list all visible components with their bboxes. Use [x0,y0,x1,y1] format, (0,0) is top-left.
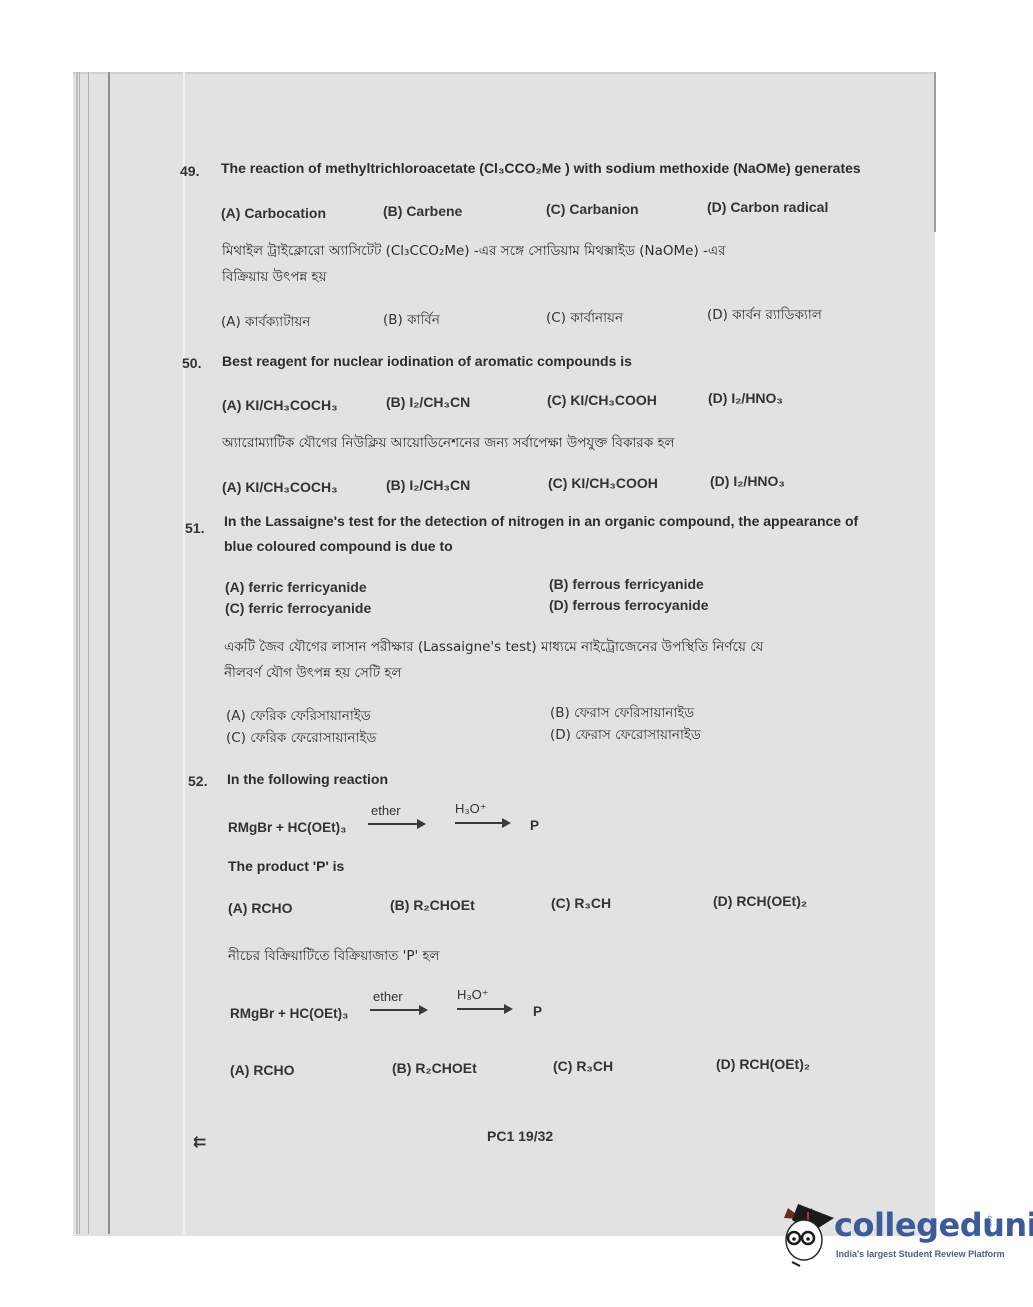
q52-option-b: (B) R₂CHOEt [390,897,475,913]
q52-option-c-bengali: (C) R₃CH [553,1058,613,1074]
collegedunia-watermark: collegedunia .com India's largest Studen… [778,1202,1008,1270]
mascot-icon [778,1202,834,1270]
q49-option-c: (C) Carbanion [546,201,639,217]
question-49-text: The reaction of methyltrichloroacetate (… [221,160,861,176]
brand-name: collegedunia [834,1206,1033,1244]
reaction-step1-label: ether [373,989,403,1004]
q51-option-a-bengali: (A) ফেরিক ফেরিসায়ানাইড [226,705,371,728]
q50-option-c: (C) KI/CH₃COOH [547,392,657,408]
binding-line [108,72,110,1234]
reaction-step2-label: H₃O⁺ [455,801,487,817]
q50-option-d-bengali: (D) I₂/HNO₃ [710,473,785,489]
question-51-number: 51. [185,520,204,536]
question-51-text-line2: blue coloured compound is due to [224,538,453,554]
q49-option-b-bengali: (B) কার্বিন [383,309,440,332]
q51-option-c-bengali: (C) ফেরিক ফেরোসায়ানাইড [226,727,376,750]
page-edge [934,72,936,232]
reaction-reactants: RMgBr + HC(OEt)₃ [228,820,346,835]
reaction-arrow-icon [457,1008,511,1010]
q49-option-d-bengali: (D) কার্বন র‍্যাডিক্যাল [707,304,822,327]
q49-option-d: (D) Carbon radical [707,199,828,215]
question-52-number: 52. [188,773,207,789]
q52-option-a-bengali: (A) RCHO [230,1062,295,1078]
q50-option-a: (A) KI/CH₃COCH₃ [222,397,338,413]
brand-domain-suffix: .com [986,1214,992,1227]
question-50-text-bengali: অ্যারোম্যাটিক যৌগের নিউক্লিয় আয়োডিনেশন… [222,432,675,455]
reaction-product: P [530,818,539,833]
binding-line [76,72,78,1234]
reaction-arrow-icon [368,823,424,825]
q50-option-b: (B) I₂/CH₃CN [386,394,470,410]
binding-line [183,72,185,1234]
reaction-reactants-bengali-section: RMgBr + HC(OEt)₃ [230,1006,348,1021]
q50-option-c-bengali: (C) KI/CH₃COOH [548,475,658,491]
q49-option-a-bengali: (A) কার্বক্যাটায়ন [221,311,311,334]
reaction-product: P [533,1004,542,1019]
question-49-text-bengali-line1: মিথাইল ট্রাইক্লোরো অ্যাসিটেট (Cl₃CCO₂Me)… [222,240,726,263]
q49-option-b: (B) Carbene [383,203,462,219]
question-51-text-line1: In the Lassaigne's test for the detectio… [224,513,858,529]
brand-tagline: India's largest Student Review Platform [836,1249,1005,1259]
reaction-step1-label: ether [371,803,401,818]
reaction-arrow-icon [370,1009,426,1011]
question-52-text: In the following reaction [227,771,388,787]
q49-option-a: (A) Carbocation [221,205,326,221]
question-51-text-bengali-line2: নীলবর্ণ যৌগ উৎপন্ন হয় সেটি হল [224,662,402,685]
reaction-step2-label: H₃O⁺ [457,987,489,1003]
question-52-text-bengali: নীচের বিক্রিয়াটিতে বিক্রিয়াজাত 'P' হল [228,945,440,968]
question-50-number: 50. [182,355,201,371]
question-49-text-bengali-line2: বিক্রিয়ায় উৎপন্ন হয় [222,266,327,289]
binding-line [79,72,80,1234]
q52-option-a: (A) RCHO [228,900,293,916]
q50-option-a-bengali: (A) KI/CH₃COCH₃ [222,479,338,495]
q49-option-c-bengali: (C) কার্বানায়ন [546,307,623,330]
q52-option-b-bengali: (B) R₂CHOEt [392,1060,477,1076]
q52-option-d: (D) RCH(OEt)₂ [713,893,807,909]
page-number: PC1 19/32 [487,1128,553,1144]
q51-option-b: (B) ferrous ferricyanide [549,576,704,592]
q51-option-d-bengali: (D) ফেরাস ফেরোসায়ানাইড [550,724,701,747]
q51-option-a: (A) ferric ferricyanide [225,579,367,595]
question-50-text: Best reagent for nuclear iodination of a… [222,353,632,369]
q52-option-c: (C) R₃CH [551,895,611,911]
q51-option-b-bengali: (B) ফেরাস ফেরিসায়ানাইড [550,702,694,725]
q51-option-d: (D) ferrous ferrocyanide [549,597,708,613]
question-52-prompt: The product 'P' is [228,858,344,874]
question-49-number: 49. [180,163,199,179]
binding-line [88,72,89,1234]
reaction-arrow-icon [455,822,509,824]
q51-option-c: (C) ferric ferrocyanide [225,600,371,616]
q52-option-d-bengali: (D) RCH(OEt)₂ [716,1056,810,1072]
question-51-text-bengali-line1: একটি জৈব যৌগের লাসান পরীক্ষার (Lassaigne… [224,636,763,659]
q50-option-b-bengali: (B) I₂/CH₃CN [386,477,470,493]
q50-option-d: (D) I₂/HNO₃ [708,390,783,406]
margin-arrows-icon: ⇇ [193,1132,206,1152]
